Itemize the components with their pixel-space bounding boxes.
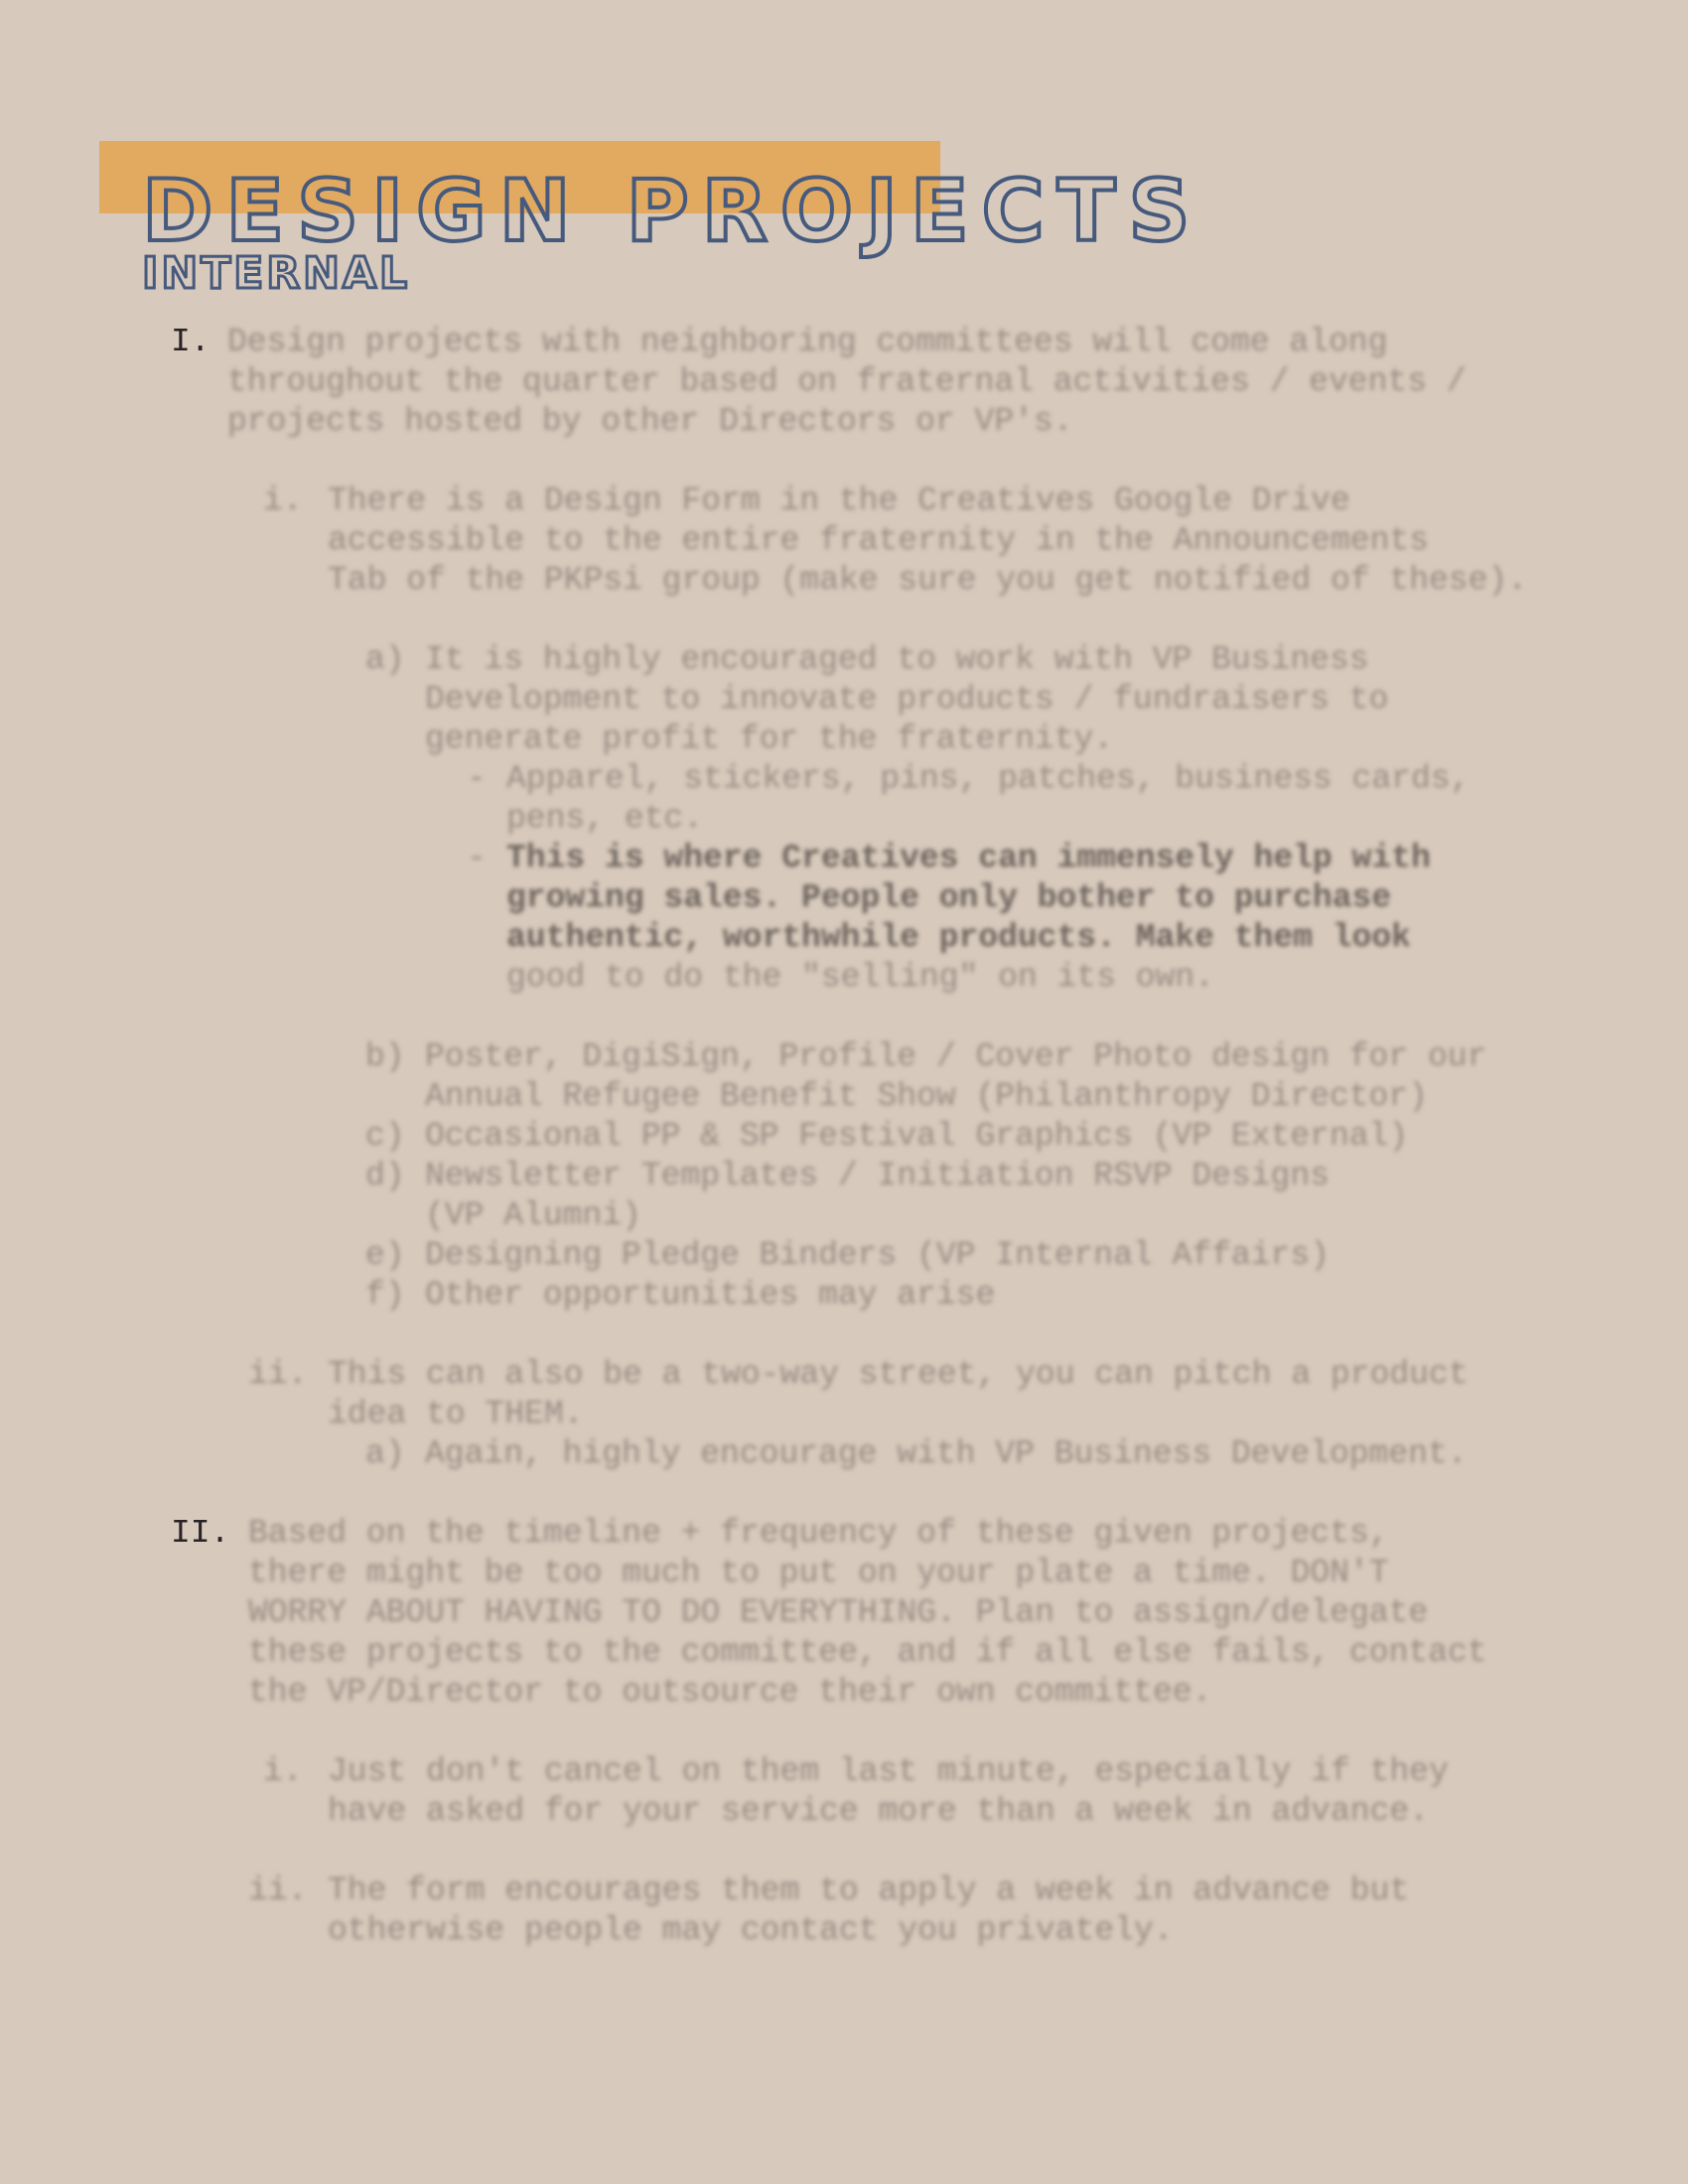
subitem-marker: ii. bbox=[248, 1355, 307, 1395]
subitem-text: accessible to the entire fraternity in t… bbox=[328, 521, 1429, 561]
bullet-text: pens, etc. bbox=[506, 799, 703, 839]
bullet-text: good to do the "selling" on its own. bbox=[506, 958, 1214, 998]
section-text: throughout the quarter based on fraterna… bbox=[227, 362, 1467, 402]
item-marker: a) bbox=[365, 640, 405, 680]
section-marker: I. bbox=[171, 323, 211, 362]
bullet-marker: - bbox=[467, 759, 487, 799]
subitem-marker: i. bbox=[263, 1752, 303, 1792]
bullet-text: This is where Creatives can immensely he… bbox=[506, 839, 1431, 879]
item-text: (VP Alumni) bbox=[425, 1196, 641, 1236]
item-marker: c) bbox=[365, 1117, 405, 1157]
item-text: Poster, DigiSign, Profile / Cover Photo … bbox=[425, 1037, 1486, 1077]
item-text: It is highly encouraged to work with VP … bbox=[425, 640, 1369, 680]
item-marker: d) bbox=[365, 1157, 405, 1196]
section-text: Design projects with neighboring committ… bbox=[227, 323, 1387, 362]
bullet-text: Apparel, stickers, pins, patches, busine… bbox=[506, 759, 1470, 799]
item-text: Occasional PP & SP Festival Graphics (VP… bbox=[425, 1117, 1408, 1157]
section-text: WORRY ABOUT HAVING TO DO EVERYTHING. Pla… bbox=[248, 1593, 1428, 1633]
item-marker: a) bbox=[365, 1434, 405, 1474]
item-text: Again, highly encourage with VP Business… bbox=[425, 1434, 1468, 1474]
subitem-text: Tab of the PKPsi group (make sure you ge… bbox=[328, 561, 1527, 601]
page-title: Design Projects bbox=[142, 167, 1202, 256]
item-text: Newsletter Templates / Initiation RSVP D… bbox=[425, 1157, 1330, 1196]
subitem-text: This can also be a two-way street, you c… bbox=[328, 1355, 1469, 1395]
section-text: projects hosted by other Directors or VP… bbox=[227, 402, 1073, 442]
subitem-text: have asked for your service more than a … bbox=[328, 1792, 1429, 1832]
subitem-text: Just don't cancel on them last minute, e… bbox=[328, 1752, 1449, 1792]
section-text: Based on the timeline + frequency of the… bbox=[248, 1514, 1389, 1554]
subitem-text: idea to THEM. bbox=[328, 1395, 583, 1434]
item-marker: b) bbox=[365, 1037, 405, 1077]
item-text: Designing Pledge Binders (VP Internal Af… bbox=[425, 1236, 1330, 1276]
item-text: Other opportunities may arise bbox=[425, 1276, 995, 1315]
subitem-text: There is a Design Form in the Creatives … bbox=[328, 481, 1350, 521]
bullet-text: authentic, worthwhile products. Make the… bbox=[506, 918, 1411, 958]
item-text: Annual Refugee Benefit Show (Philanthrop… bbox=[425, 1077, 1428, 1117]
item-text: Development to innovate products / fundr… bbox=[425, 680, 1388, 720]
bullet-marker: - bbox=[467, 839, 487, 879]
subitem-marker: ii. bbox=[248, 1871, 307, 1911]
item-marker: f) bbox=[365, 1276, 405, 1315]
subitem-marker: i. bbox=[263, 481, 303, 521]
subitem-text: The form encourages them to apply a week… bbox=[328, 1871, 1409, 1911]
bullet-text: growing sales. People only bother to pur… bbox=[506, 879, 1391, 918]
section-text: these projects to the committee, and if … bbox=[248, 1633, 1487, 1673]
page-subtitle: Internal bbox=[142, 250, 410, 298]
section-text: the VP/Director to outsource their own c… bbox=[248, 1673, 1211, 1712]
section-text: there might be too much to put on your p… bbox=[248, 1554, 1389, 1593]
item-marker: e) bbox=[365, 1236, 405, 1276]
section-marker: II. bbox=[171, 1514, 229, 1554]
item-text: generate profit for the fraternity. bbox=[425, 720, 1113, 759]
subitem-text: otherwise people may contact you private… bbox=[328, 1911, 1174, 1951]
